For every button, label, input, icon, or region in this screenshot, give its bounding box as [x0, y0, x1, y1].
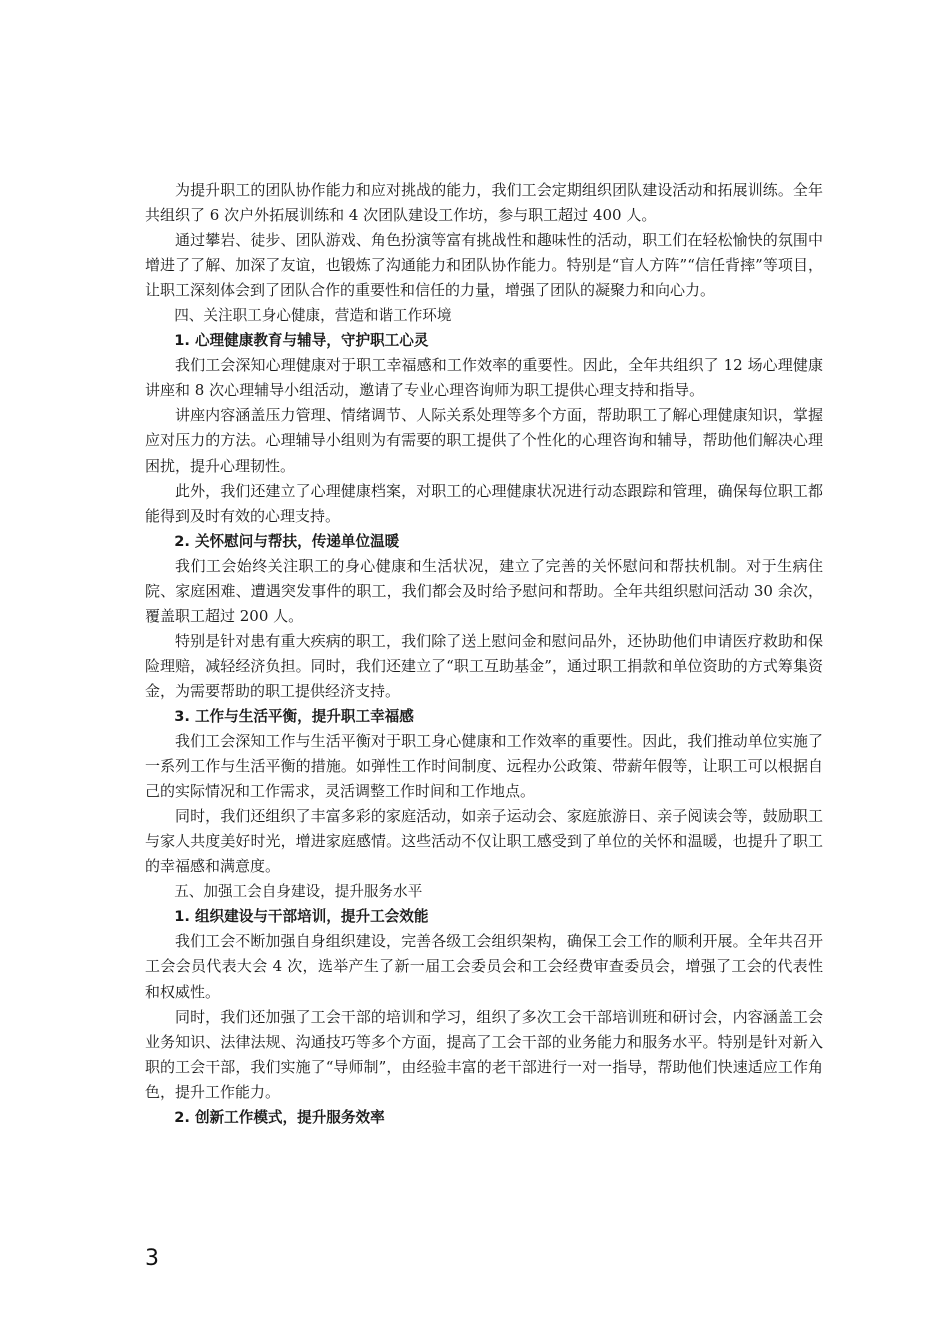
paragraph-family-activities: 同时，我们还组织了丰富多彩的家庭活动，如亲子运动会、家庭旅游日、亲子阅读会等，鼓… [145, 804, 823, 879]
paragraph-team-activities: 通过攀岩、徒步、团队游戏、角色扮演等富有挑战性和趣味性的活动，职工们在轻松愉快的… [145, 228, 823, 303]
subsection-heading-5-1: 1. 组织建设与干部培训，提升工会效能 [145, 904, 823, 929]
subsection-heading-4-3: 3. 工作与生活平衡，提升职工幸福感 [145, 704, 823, 729]
paragraph-team-building: 为提升职工的团队协作能力和应对挑战的能力，我们工会定期组织团队建设活动和拓展训练… [145, 178, 823, 228]
paragraph-organization-building: 我们工会不断加强自身组织建设，完善各级工会组织架构，确保工会工作的顺利开展。全年… [145, 929, 823, 1004]
section-heading-5: 五、加强工会自身建设，提升服务水平 [145, 879, 823, 904]
section-heading-4: 四、关注职工身心健康，营造和谐工作环境 [145, 303, 823, 328]
page-number: 3 [145, 1246, 159, 1271]
paragraph-mutual-aid-fund: 特别是针对患有重大疾病的职工，我们除了送上慰问金和慰问品外，还协助他们申请医疗救… [145, 629, 823, 704]
paragraph-work-life-measures: 我们工会深知工作与生活平衡对于职工身心健康和工作效率的重要性。因此，我们推动单位… [145, 729, 823, 804]
paragraph-health-records: 此外，我们还建立了心理健康档案，对职工的心理健康状况进行动态跟踪和管理，确保每位… [145, 479, 823, 529]
subsection-heading-5-2: 2. 创新工作模式，提升服务效率 [145, 1105, 823, 1130]
subsection-heading-4-1: 1. 心理健康教育与辅导，守护职工心灵 [145, 328, 823, 353]
paragraph-care-mechanism: 我们工会始终关注职工的身心健康和生活状况，建立了完善的关怀慰问和帮扶机制。对于生… [145, 554, 823, 629]
paragraph-mental-health-intro: 我们工会深知心理健康对于职工幸福感和工作效率的重要性。因此，全年共组织了 12 … [145, 353, 823, 403]
paragraph-lecture-content: 讲座内容涵盖压力管理、情绪调节、人际关系处理等多个方面，帮助职工了解心理健康知识… [145, 403, 823, 478]
document-page: 为提升职工的团队协作能力和应对挑战的能力，我们工会定期组织团队建设活动和拓展训练… [0, 0, 950, 1344]
subsection-heading-4-2: 2. 关怀慰问与帮扶，传递单位温暖 [145, 529, 823, 554]
paragraph-cadre-training: 同时，我们还加强了工会干部的培训和学习，组织了多次工会干部培训班和研讨会，内容涵… [145, 1005, 823, 1105]
document-body: 为提升职工的团队协作能力和应对挑战的能力，我们工会定期组织团队建设活动和拓展训练… [145, 178, 823, 1130]
